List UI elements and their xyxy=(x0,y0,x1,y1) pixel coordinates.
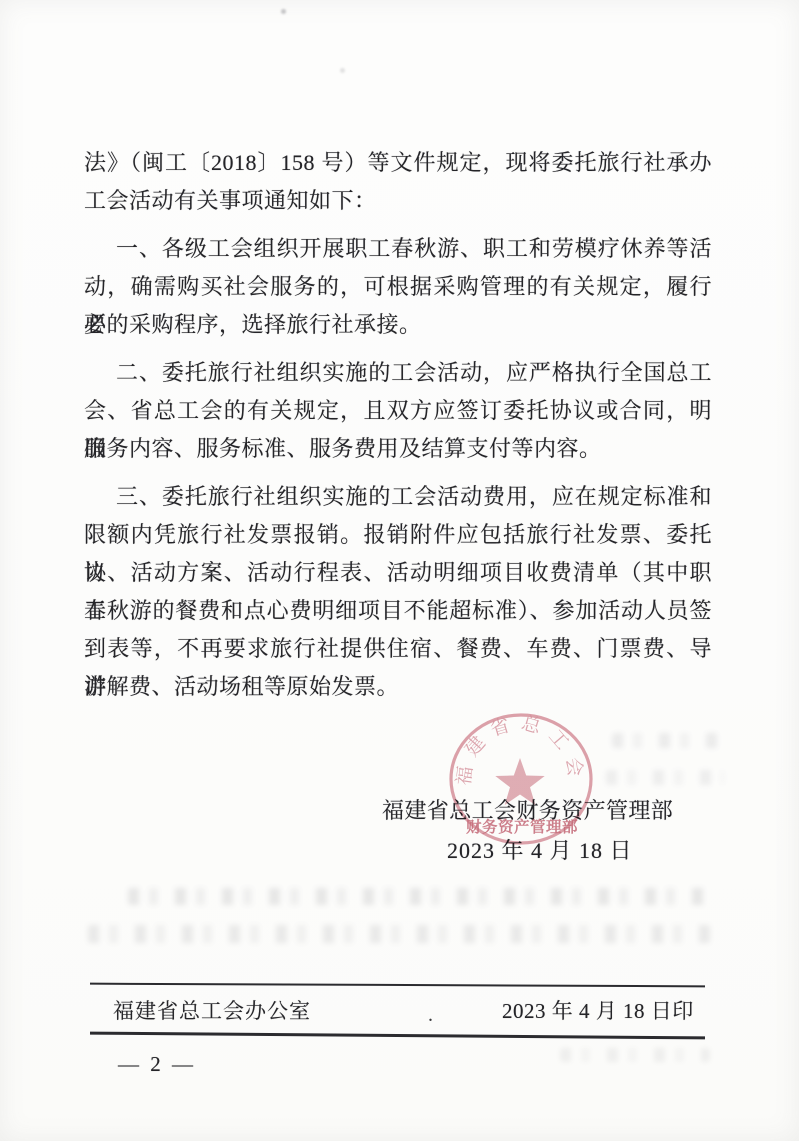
intro-paragraph: 法》（闽工〔2018〕158 号）等文件规定，现将委托旅行社承办 工会活动有关事… xyxy=(84,144,712,220)
paragraph-1: 一、各级工会组织开展职工春秋游、职工和劳模疗休养等活 动，确需购买社会服务的，可… xyxy=(84,230,712,344)
body-text-line: 春秋游的餐费和点心费明细项目不能超标准）、参加活动人员签 xyxy=(84,592,712,630)
seal-department-text: 财务资产管理部 xyxy=(466,817,578,836)
paragraph-2: 二、委托旅行社组织实施的工会活动，应严格执行全国总工 会、省总工会的有关规定，且… xyxy=(84,354,712,468)
body-text-line: 到表等，不再要求旅行社提供住宿、餐费、车费、门票费、导游 xyxy=(84,630,712,668)
bleedthrough-artifact xyxy=(606,770,724,785)
body-text-line: 动，确需购买社会服务的，可根据采购管理的有关规定，履行必 xyxy=(84,268,712,306)
paragraph-3: 三、委托旅行社组织实施的工会活动费用，应在规定标准和 限额内凭旅行社发票报销。报… xyxy=(84,478,712,706)
scan-speck xyxy=(340,68,345,73)
body-text-line: 工会活动有关事项通知如下： xyxy=(84,182,712,220)
footer-rule-top xyxy=(90,983,705,988)
body-text-line: 二、委托旅行社组织实施的工会活动，应严格执行全国总工 xyxy=(84,354,712,392)
document-body: 法》（闽工〔2018〕158 号）等文件规定，现将委托旅行社承办 工会活动有关事… xyxy=(84,144,712,716)
body-text-line: 服务内容、服务标准、服务费用及结算支付等内容。 xyxy=(84,430,712,468)
body-text-line: 议、活动方案、活动行程表、活动明细项目收费清单（其中职工 xyxy=(84,554,712,592)
bleedthrough-artifact xyxy=(560,1048,710,1062)
bleedthrough-artifact xyxy=(612,733,724,748)
footer-rule-bottom xyxy=(90,1032,705,1040)
body-text-line: 限额内凭旅行社发票报销。报销附件应包括旅行社发票、委托协 xyxy=(84,516,712,554)
body-text-line: 要的采购程序，选择旅行社承接。 xyxy=(84,306,712,344)
body-text-line: 讲解费、活动场租等原始发票。 xyxy=(84,668,712,706)
bleedthrough-artifact xyxy=(128,888,713,905)
body-text-line: 法》（闽工〔2018〕158 号）等文件规定，现将委托旅行社承办 xyxy=(84,144,712,182)
body-text-line: 会、省总工会的有关规定，且双方应签订委托协议或合同，明确 xyxy=(84,392,712,430)
stray-mark: . xyxy=(428,1004,433,1027)
page-number: — 2 — xyxy=(118,1050,196,1078)
body-text-line: 三、委托旅行社组织实施的工会活动费用，应在规定标准和 xyxy=(84,478,712,516)
bleedthrough-artifact xyxy=(88,925,710,943)
official-seal-stamp: 福建省总工会 财务资产管理部 xyxy=(446,711,596,847)
scanned-document-page: 法》（闽工〔2018〕158 号）等文件规定，现将委托旅行社承办 工会活动有关事… xyxy=(0,0,799,1141)
seal-star-icon xyxy=(495,758,544,805)
footer-issuing-office: 福建省总工会办公室 xyxy=(113,997,311,1025)
body-text-line: 一、各级工会组织开展职工春秋游、职工和劳模疗休养等活 xyxy=(84,230,712,268)
footer-print-date: 2023 年 4 月 18 日印 xyxy=(502,997,694,1025)
scan-speck xyxy=(281,9,286,14)
